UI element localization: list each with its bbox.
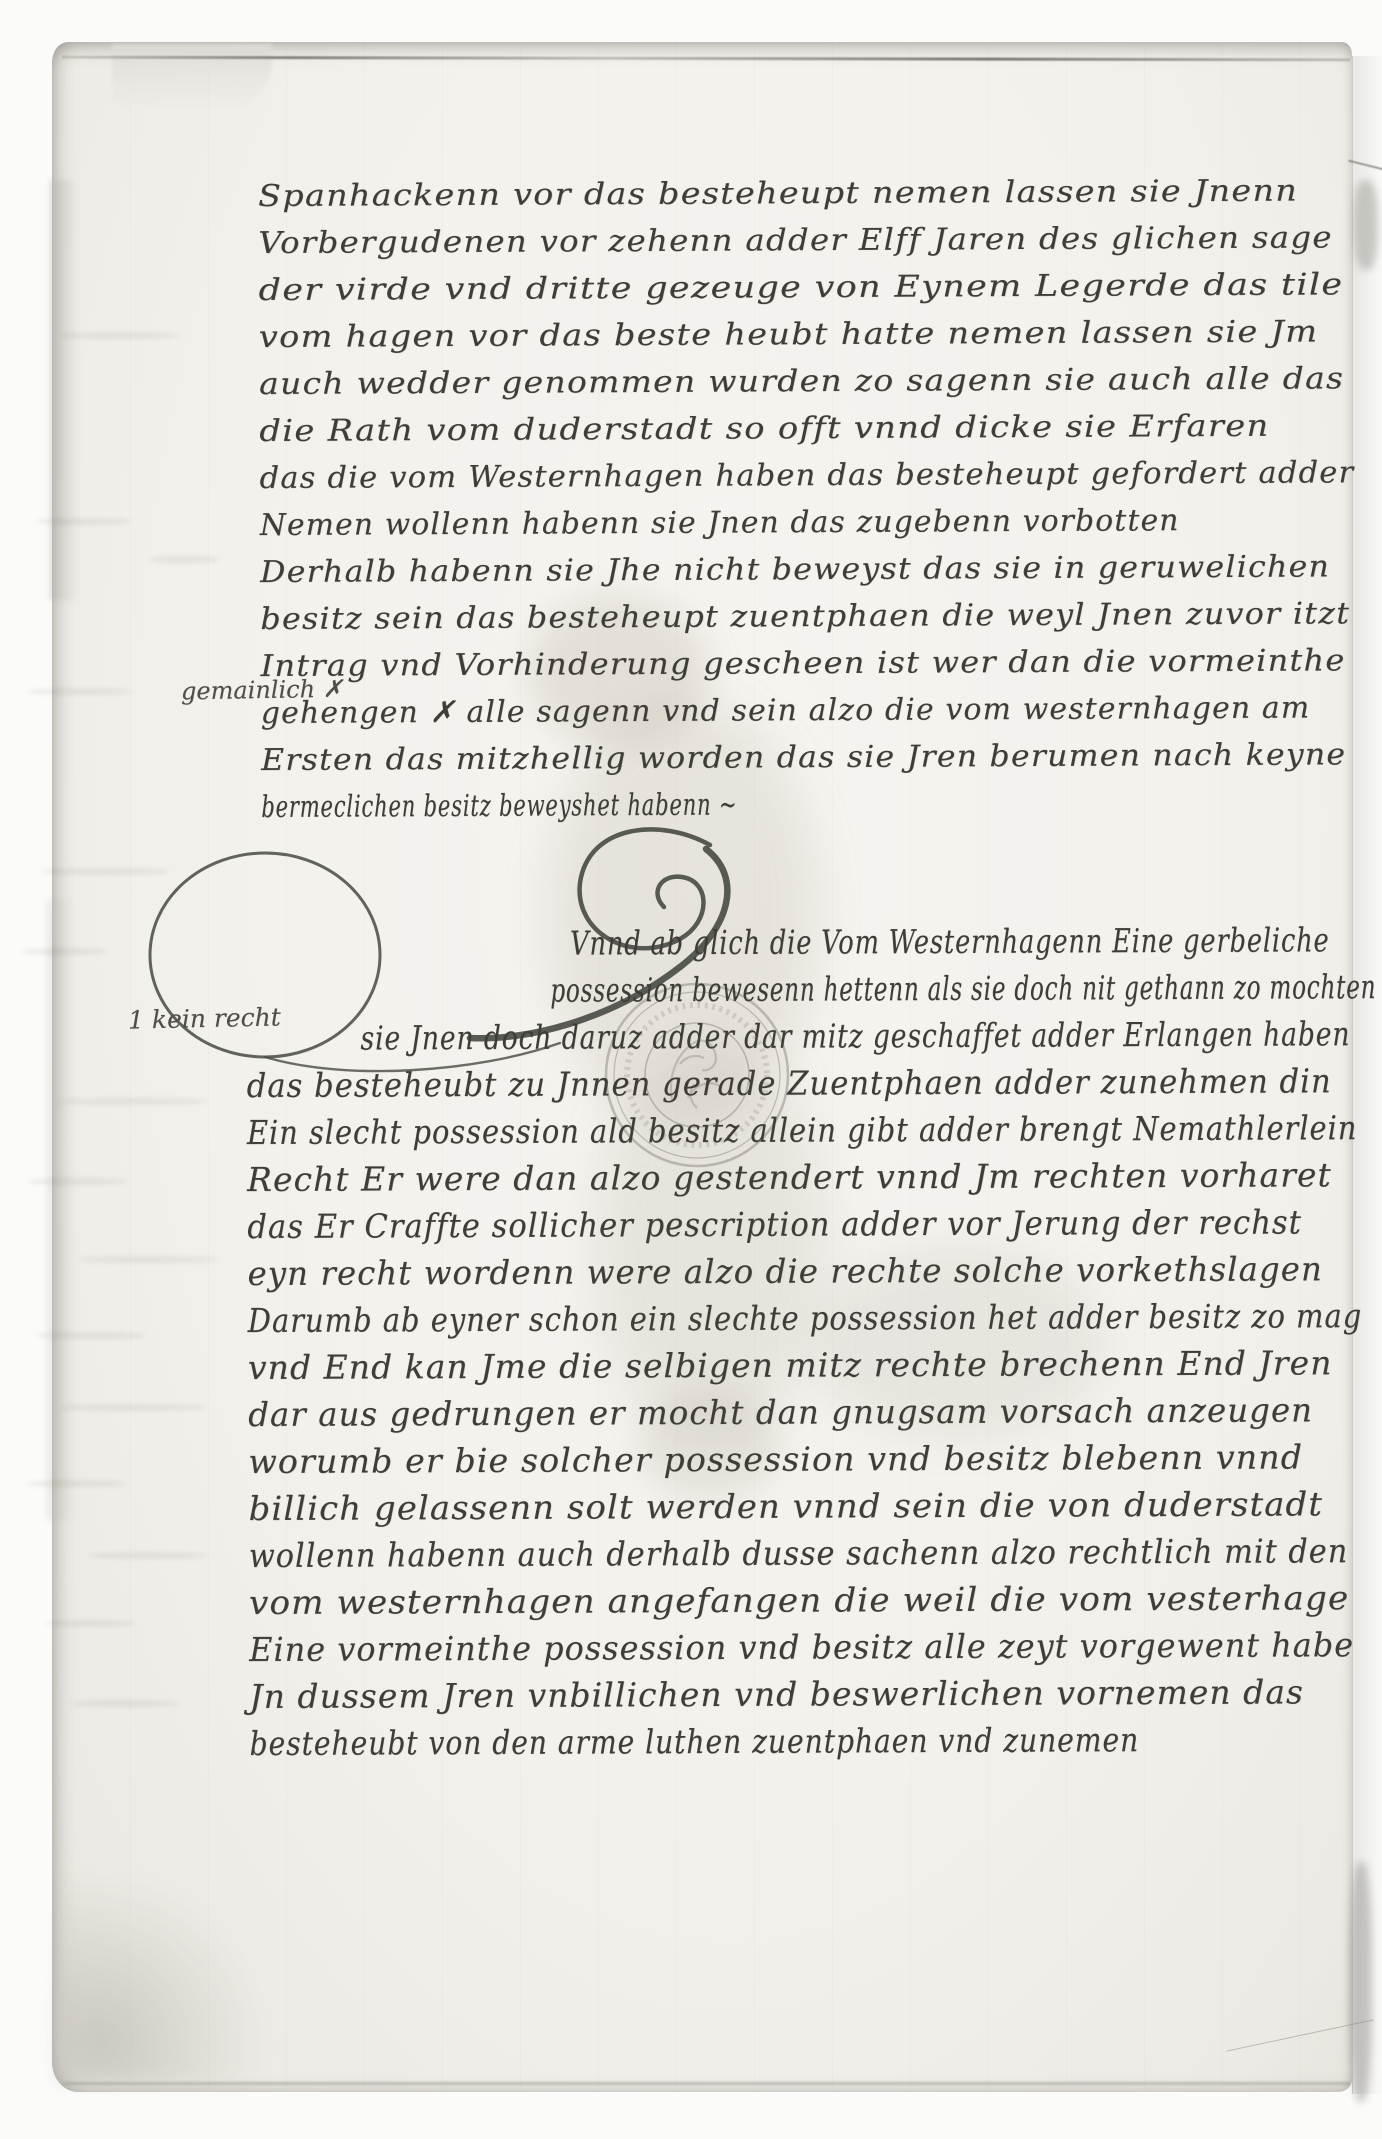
bleedthrough-mark — [150, 556, 220, 563]
paragraph-first: Spanhackenn vor das besteheupt nemen las… — [258, 167, 1351, 831]
bleedthrough-mark — [28, 688, 133, 695]
manuscript-line: vom westernhagen angefangen die weil die… — [249, 1574, 1361, 1626]
manuscript-line: billich gelassenn solt werden vnnd sein … — [248, 1480, 1360, 1532]
underlying-page-streak — [1350, 1862, 1372, 2102]
manuscript-line: Nemen wollenn habenn sie Jnen das zugebe… — [260, 496, 1350, 549]
manuscript-line: besteheubt von den arme luthen zuentphae… — [249, 1715, 1361, 1767]
manuscript-line: Vnnd ab glich die Vom Westernhagenn Eine… — [246, 916, 1358, 968]
bleedthrough-mark — [36, 518, 131, 525]
paragraph-second: Vnnd ab glich die Vom Westernhagenn Eine… — [246, 916, 1362, 1767]
worn-corner-bottom-left — [58, 1872, 268, 2082]
manuscript-line: Darumb ab eyner schon ein slechte posses… — [248, 1292, 1360, 1344]
manuscript-line: bermeclichen besitz beweyshet habenn ~ — [261, 778, 1351, 831]
manuscript-line: Spanhackenn vor das besteheupt nemen las… — [258, 167, 1348, 220]
manuscript-line: vnd End kan Jme die selbigen mitz rechte… — [248, 1339, 1360, 1391]
margin-note-gemainlich: gemainlich ✗ — [181, 675, 343, 706]
manuscript-line: Ein slecht possession ald besitz allein … — [247, 1104, 1359, 1156]
manuscript-line: worumb er bie solcher possession vnd bes… — [248, 1433, 1360, 1485]
bleedthrough-mark — [46, 1620, 136, 1627]
manuscript-line: Jn dussem Jren vnbillichen vnd beswerlic… — [249, 1668, 1361, 1720]
bleedthrough-mark — [28, 1178, 128, 1185]
bleedthrough-mark — [58, 1098, 208, 1105]
manuscript-line: dar aus gedrungen er mocht dan gnugsam v… — [248, 1386, 1360, 1438]
manuscript-line: auch wedder genommen wurden zo sagenn si… — [259, 355, 1349, 408]
bleedthrough-mark — [36, 1332, 146, 1339]
manuscript-line: vom hagen vor das beste heubt hatte neme… — [259, 308, 1349, 361]
manuscript-line: wollenn habenn auch derhalb dusse sachen… — [249, 1527, 1361, 1579]
scan-background: Spanhackenn vor das besteheupt nemen las… — [0, 0, 1382, 2139]
manuscript-line: der virde vnd dritte gezeuge von Eynem L… — [258, 261, 1348, 314]
manuscript-line: possession bewesenn hettenn als sie doch… — [246, 963, 1358, 1015]
bleedthrough-mark — [88, 1552, 208, 1559]
torn-corner-top-left — [112, 44, 272, 110]
manuscript-line: besitz sein das besteheupt zuentphaen di… — [260, 590, 1350, 643]
manuscript-line: Derhalb habenn sie Jhe nicht beweyst das… — [260, 543, 1350, 596]
manuscript-line: Recht Er were dan alzo gestendert vnnd J… — [247, 1151, 1359, 1203]
torn-left-edge — [50, 180, 80, 600]
manuscript-line: eyn recht wordenn were alzo die rechte s… — [247, 1245, 1359, 1297]
manuscript-line: das besteheubt zu Jnnen gerade Zuentphae… — [247, 1057, 1359, 1109]
torn-left-edge — [48, 900, 74, 1520]
bleedthrough-mark — [58, 1404, 208, 1411]
bleedthrough-mark — [22, 948, 107, 955]
manuscript-line: Ersten das mitzhellig worden das sie Jre… — [261, 731, 1351, 784]
manuscript-line: das die vom Westernhagen haben das beste… — [259, 449, 1349, 502]
manuscript-line: die Rath vom duderstadt so offt vnnd dic… — [259, 402, 1349, 455]
bleedthrough-mark — [60, 332, 180, 339]
manuscript-line: Eine vormeinthe possession vnd besitz al… — [249, 1621, 1361, 1673]
manuscript-line: Intrag vnd Vorhinderung gescheen ist wer… — [260, 637, 1350, 690]
manuscript-line: das Er Craffte sollicher pescription add… — [247, 1198, 1359, 1250]
bleedthrough-mark — [70, 1700, 180, 1707]
bleedthrough-mark — [78, 1256, 218, 1263]
underlying-page-blotch — [1354, 180, 1378, 270]
manuscript-line: Vorbergudenen vor zehenn adder Elff Jare… — [258, 214, 1348, 267]
manuscript-line: gehengen ✗ alle sagenn vnd sein alzo die… — [261, 684, 1351, 737]
page-bottom-edge — [64, 2082, 1350, 2085]
bleedthrough-mark — [26, 1480, 126, 1487]
manuscript-line: sie Jnen doch daruz adder dar mitz gesch… — [246, 1010, 1358, 1062]
